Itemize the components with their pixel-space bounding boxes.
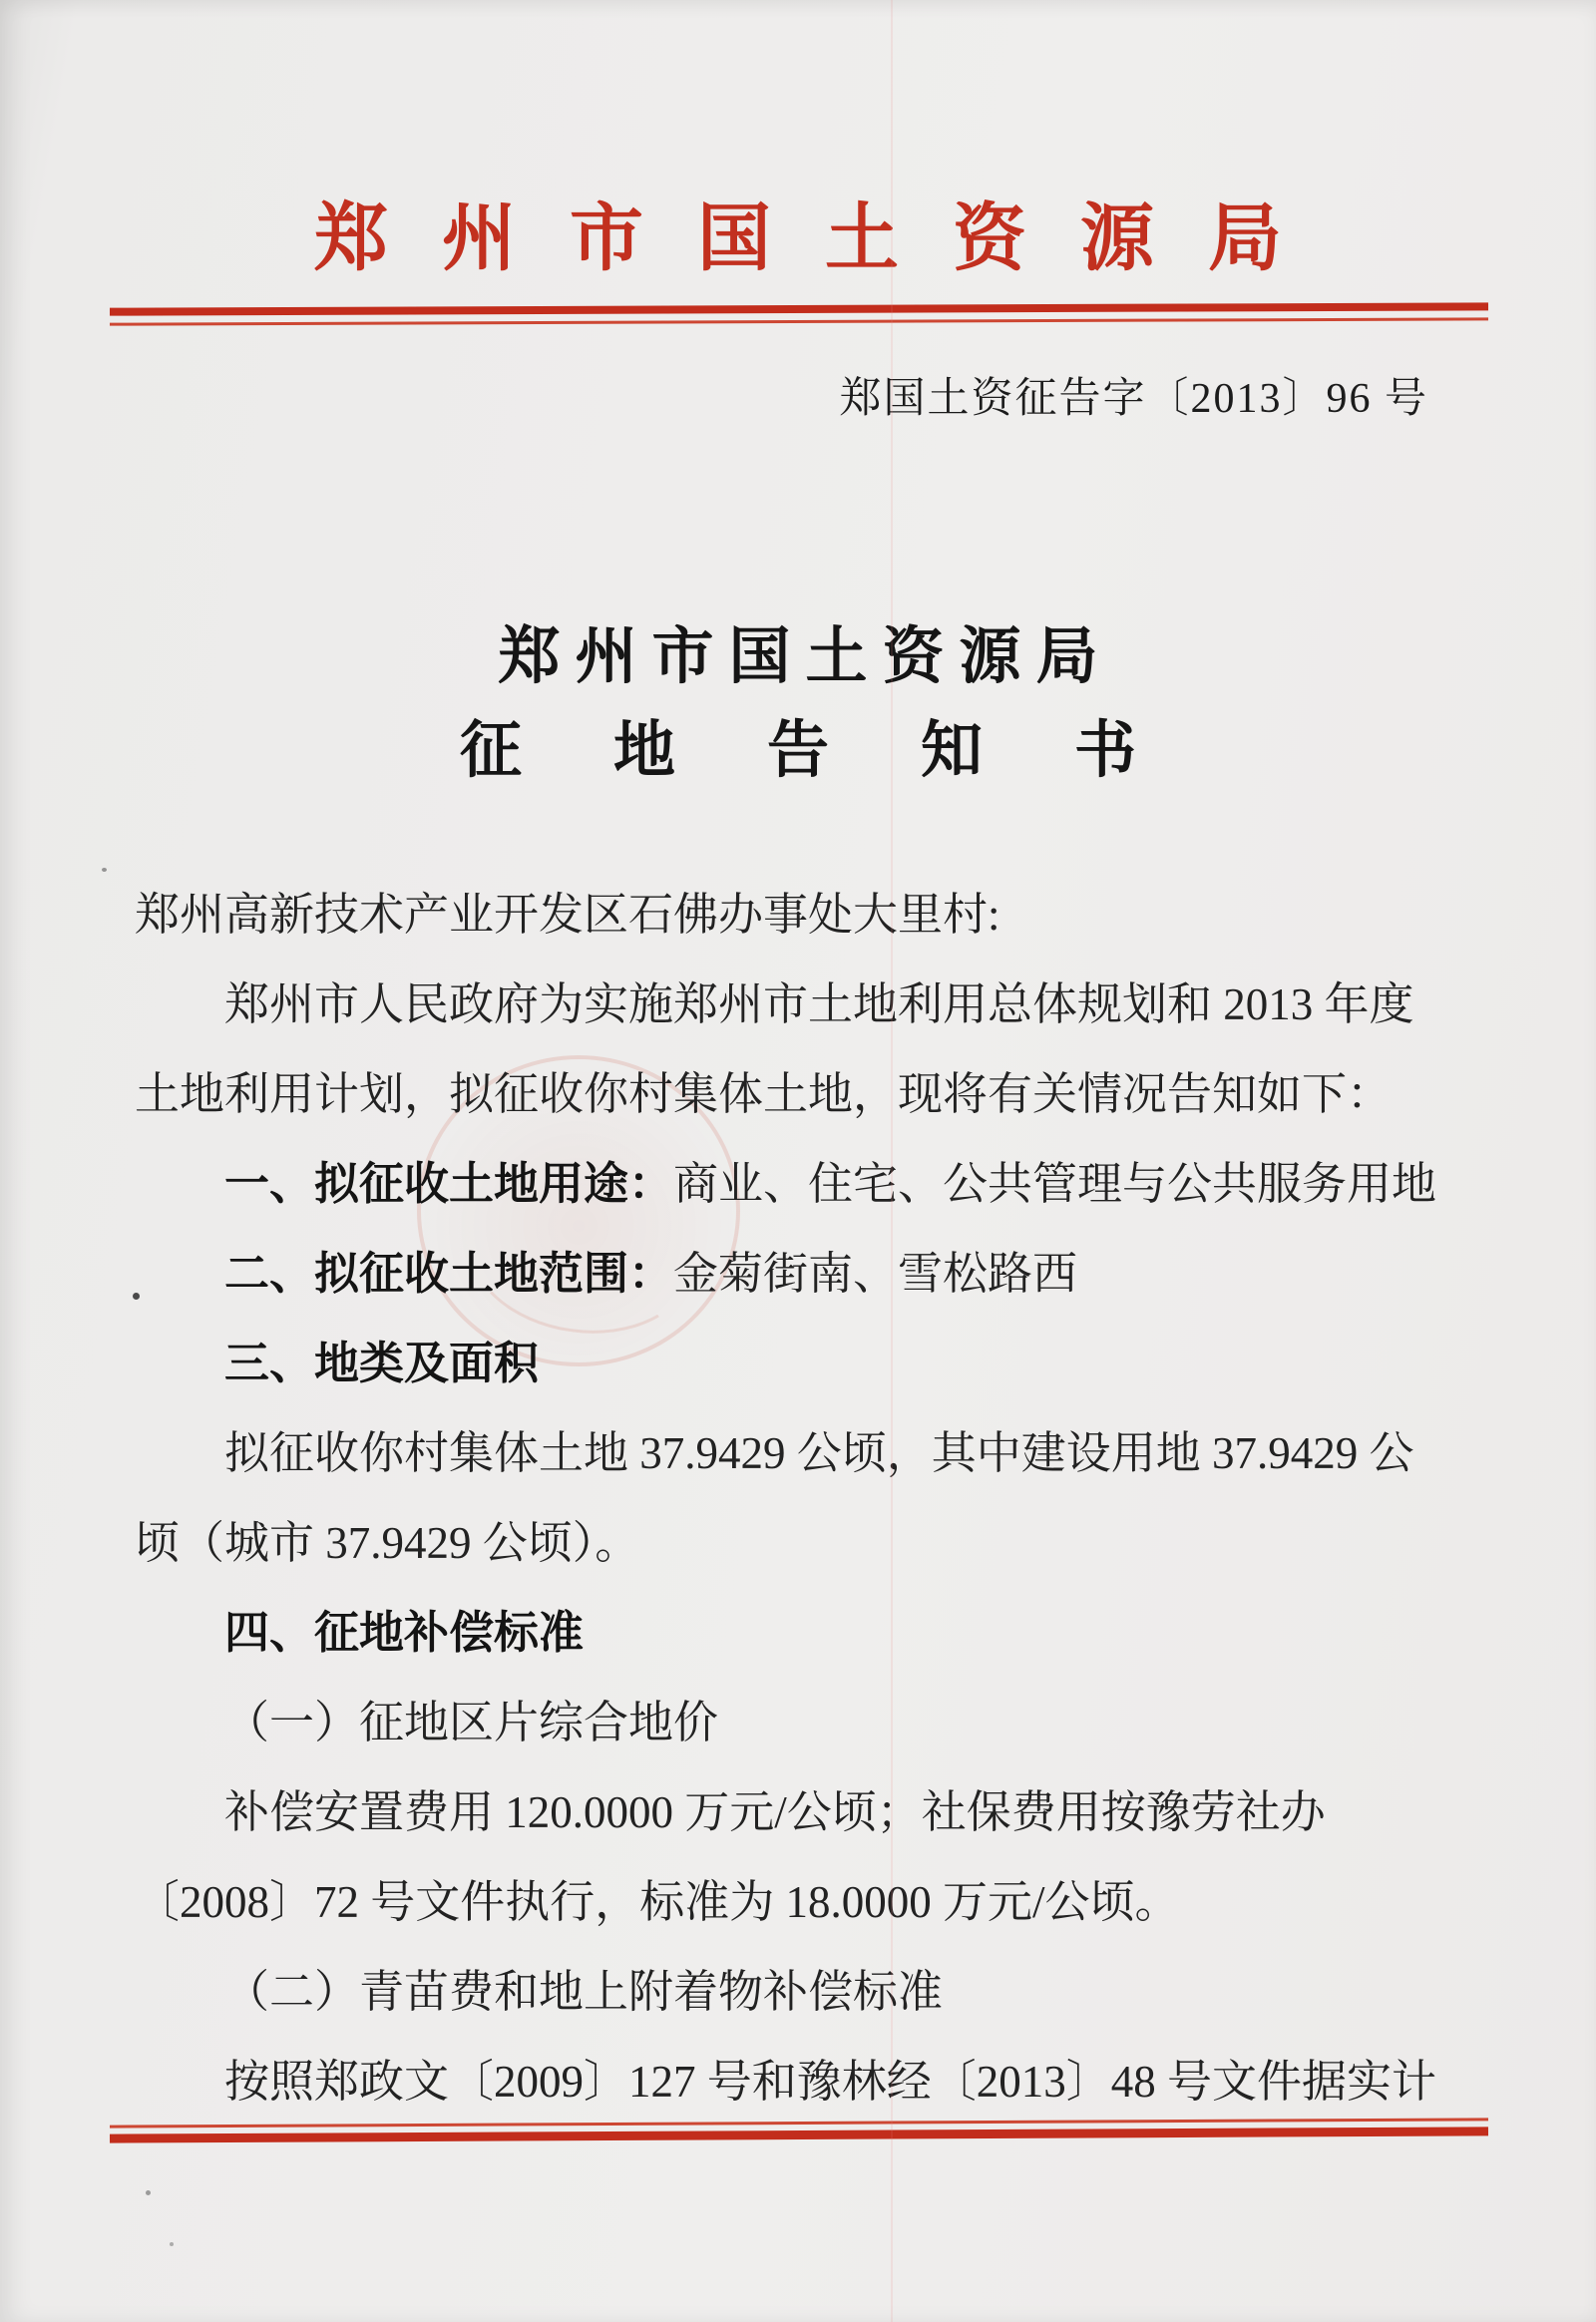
body-line: 顷（城市 37.9429 公顷）。	[135, 1498, 1461, 1588]
body-line-item-1: 一、拟征收土地用途：商业、住宅、公共管理与公共服务用地	[135, 1139, 1461, 1229]
document-body: 郑州高新技术产业开发区石佛办事处大里村: 郑州市人民政府为实施郑州市土地利用总体…	[135, 870, 1461, 2127]
document-number: 郑国土资征告字〔2013〕96 号	[839, 365, 1428, 425]
document-page: 郑州市国土资源局 郑国土资征告字〔2013〕96 号 郑州市国土资源局 征地告知…	[0, 0, 1596, 2322]
body-line: 补偿安置费用 120.0000 万元/公顷；社保费用按豫劳社办	[135, 1767, 1461, 1857]
letterhead-rule-thin	[110, 317, 1488, 325]
body-line-sub-1: （一）征地区片综合地价	[135, 1678, 1461, 1767]
letterhead-rule-thick	[110, 302, 1488, 315]
scan-speck	[146, 2190, 151, 2195]
document-title-line2: 征地告知书	[0, 700, 1596, 789]
body-line: 按照郑政文〔2009〕127 号和豫林经〔2013〕48 号文件据实计	[135, 2037, 1461, 2127]
body-line-sub-2: （二）青苗费和地上附着物补偿标准	[135, 1947, 1461, 2037]
scanner-streak-artifact	[891, 0, 893, 2322]
body-line: 郑州市人民政府为实施郑州市土地利用总体规划和 2013 年度	[135, 960, 1461, 1049]
document-title-line1: 郑州市国土资源局	[0, 606, 1596, 695]
scan-speck	[102, 868, 107, 872]
body-line-item-4: 四、征地补偿标准	[135, 1588, 1461, 1678]
letterhead-org-name: 郑州市国土资源局	[0, 180, 1596, 285]
body-line: 拟征收你村集体土地 37.9429 公顷，其中建设用地 37.9429 公	[135, 1408, 1461, 1498]
body-line-addressee: 郑州高新技术产业开发区石佛办事处大里村:	[135, 870, 1461, 960]
scan-speck	[133, 1293, 140, 1300]
body-line-item-3: 三、地类及面积	[135, 1319, 1461, 1408]
footer-rule-thick	[110, 2127, 1488, 2142]
body-line: 土地利用计划，拟征收你村集体土地，现将有关情况告知如下：	[135, 1049, 1461, 1139]
body-line-item-2: 二、拟征收土地范围：金菊街南、雪松路西	[135, 1229, 1461, 1319]
body-line: 〔2008〕72 号文件执行，标准为 18.0000 万元/公顷。	[135, 1857, 1461, 1947]
scan-speck	[170, 2242, 174, 2246]
